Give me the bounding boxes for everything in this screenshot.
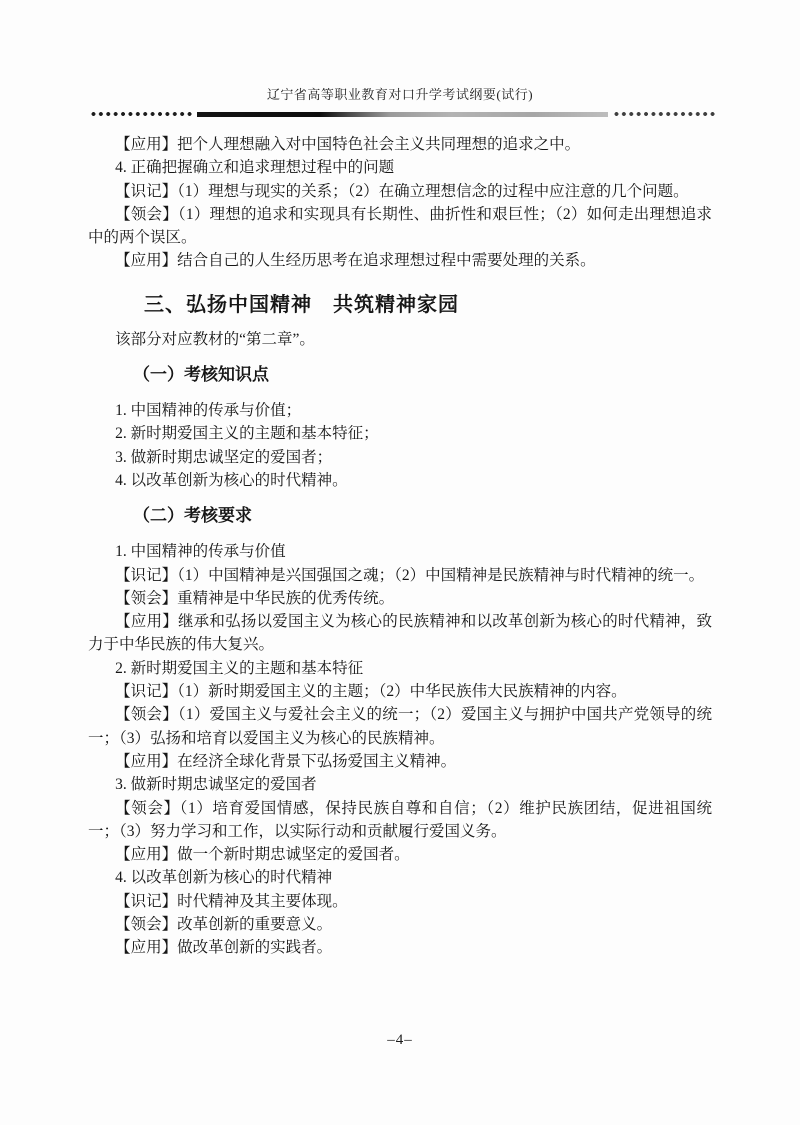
- requirement-paragraph: 【应用】做改革创新的实践者。: [88, 936, 712, 959]
- requirement-paragraph: 【领会】（1）培育爱国情感，保持民族自尊和自信；（2）维护民族团结，促进祖国统一…: [88, 797, 712, 844]
- requirement-paragraph: 【应用】做一个新时期忠诚坚定的爱国者。: [88, 843, 712, 866]
- requirement-paragraph: 【应用】在经济全球化背景下弘扬爱国主义精神。: [88, 750, 712, 773]
- carryover-paragraph: 【识记】（1）理想与现实的关系；（2）在确立理想信念的过程中应注意的几个问题。: [88, 180, 712, 203]
- requirement-paragraph: 4. 以改革创新为核心的时代精神: [88, 866, 712, 889]
- carryover-paragraph: 【应用】把个人理想融入对中国特色社会主义共同理想的追求之中。: [88, 133, 712, 156]
- document-page: 辽宁省高等职业教育对口升学考试纲要(试行) 【应用】把个人理想融入对中国特色社会…: [0, 0, 800, 1125]
- requirement-paragraph: 【领会】（1）爱国主义与爱社会主义的统一；（2）爱国主义与拥护中国共产党领导的统…: [88, 703, 712, 750]
- requirement-paragraph: 【识记】（1）新时期爱国主义的主题；（2）中华民族伟大民族精神的内容。: [88, 680, 712, 703]
- document-body: 【应用】把个人理想融入对中国特色社会主义共同理想的追求之中。 4. 正确把握确立…: [0, 133, 800, 960]
- requirement-paragraph: 1. 中国精神的传承与价值: [88, 540, 712, 563]
- knowledge-point-item: 4. 以改革创新为核心的时代精神。: [88, 469, 712, 492]
- requirement-paragraph: 【领会】重精神是中华民族的优秀传统。: [88, 587, 712, 610]
- requirement-paragraph: 【识记】时代精神及其主要体现。: [88, 890, 712, 913]
- divider-bar: [197, 112, 608, 117]
- requirement-paragraph: 【领会】改革创新的重要意义。: [88, 913, 712, 936]
- divider-dots-right-icon: [613, 111, 715, 117]
- carryover-paragraph: 【领会】（1）理想的追求和实现具有长期性、曲折性和艰巨性；（2）如何走出理想追求…: [88, 203, 712, 250]
- running-header-title: 辽宁省高等职业教育对口升学考试纲要(试行): [0, 0, 800, 103]
- carryover-paragraph: 【应用】结合自己的人生经历思考在追求理想过程中需要处理的关系。: [88, 249, 712, 272]
- requirement-paragraph: 【应用】继承和弘扬以爱国主义为核心的民族精神和以改革创新为核心的时代精神，致力于…: [88, 610, 712, 657]
- subsection-heading-knowledge-points: （一）考核知识点: [133, 363, 712, 387]
- requirement-paragraph: 【识记】（1）中国精神是兴国强国之魂；（2）中国精神是民族精神与时代精神的统一。: [88, 564, 712, 587]
- header-divider: [90, 110, 715, 118]
- carryover-paragraph: 4. 正确把握确立和追求理想过程中的问题: [88, 156, 712, 179]
- divider-dots-left-icon: [90, 111, 192, 117]
- section-heading: 三、弘扬中国精神 共筑精神家园: [144, 293, 712, 318]
- subsection-heading-requirements: （二）考核要求: [133, 504, 712, 528]
- knowledge-point-item: 3. 做新时期忠诚坚定的爱国者；: [88, 446, 712, 469]
- section-intro: 该部分对应教材的“第二章”。: [88, 328, 712, 351]
- requirement-paragraph: 2. 新时期爱国主义的主题和基本特征: [88, 657, 712, 680]
- knowledge-point-item: 2. 新时期爱国主义的主题和基本特征；: [88, 422, 712, 445]
- knowledge-point-item: 1. 中国精神的传承与价值；: [88, 399, 712, 422]
- page-number: –4–: [0, 1032, 800, 1049]
- requirement-paragraph: 3. 做新时期忠诚坚定的爱国者: [88, 773, 712, 796]
